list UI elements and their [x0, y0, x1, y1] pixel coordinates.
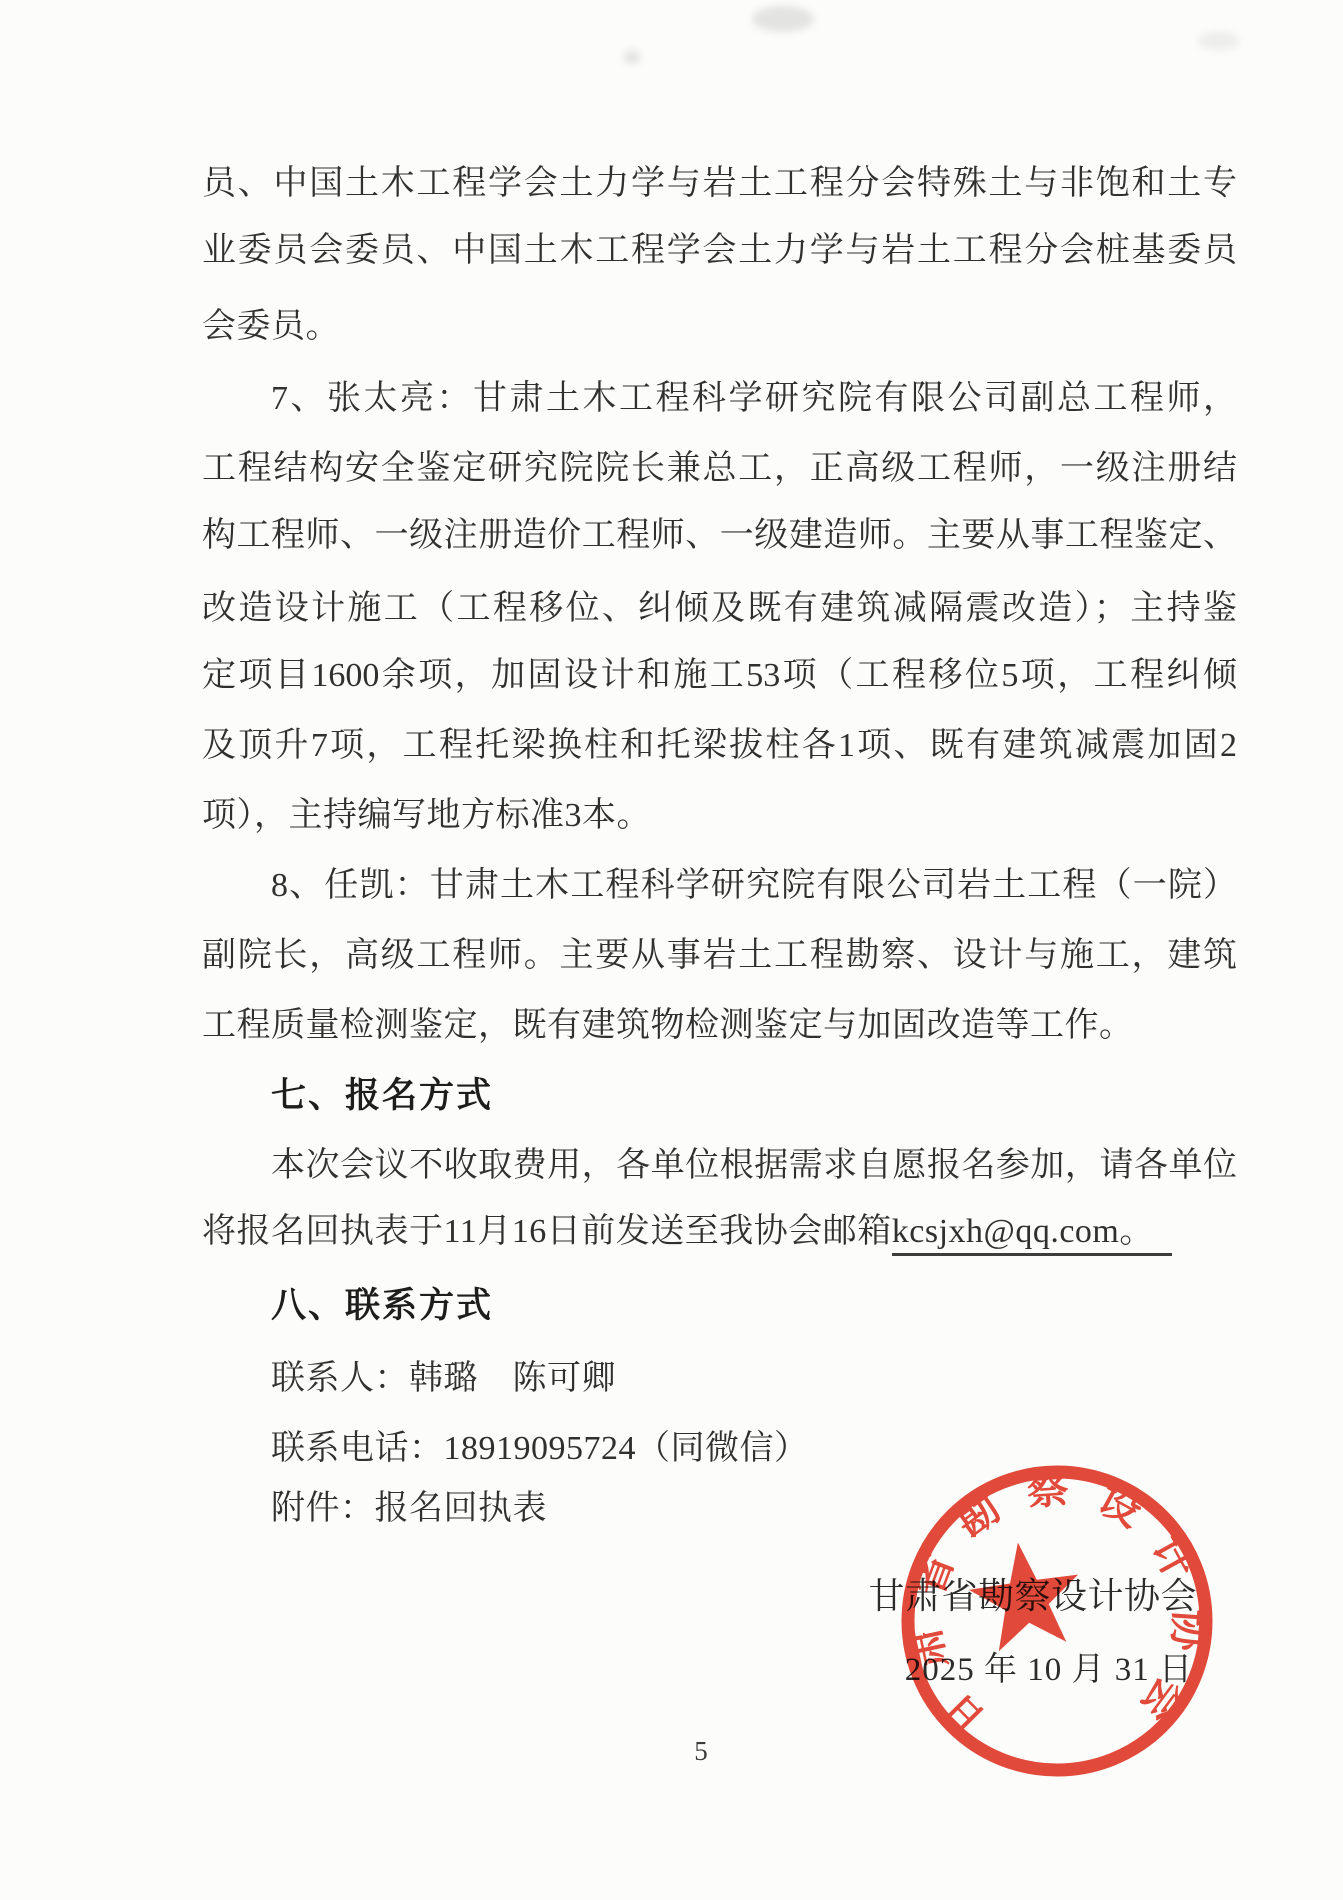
body-line: 项），主持编写地方标准3本。: [202, 796, 1237, 836]
page-number: 5: [686, 1736, 716, 1767]
signup-email-prefix: 将报名回执表于11月16日前发送至我协会邮箱: [202, 1213, 892, 1250]
body-line: 会委员。: [202, 307, 1237, 347]
signature-date: 2025 年 10 月 31 日: [905, 1643, 1193, 1690]
scan-smudge: [752, 6, 814, 32]
official-seal: 甘肃省勘察设计协会: [898, 1462, 1216, 1780]
body-line: 业委员会委员、中国土木工程学会土力学与岩土工程分会桩基委员: [202, 231, 1237, 271]
contact-phone-line: 联系电话：18919095724（同微信）: [271, 1429, 809, 1469]
body-line: 改造设计施工（工程移位、纠倾及既有建筑减隔震改造）；主持鉴: [202, 589, 1237, 629]
scan-smudge: [1198, 32, 1240, 50]
association-email: kcsjxh@qq.com。: [892, 1213, 1172, 1256]
contact-person-line: 联系人：韩璐 陈可卿: [271, 1359, 616, 1399]
seal-ring: [908, 1472, 1206, 1770]
document-page: 员、中国土木工程学会土力学与岩土工程分会特殊土与非饱和土专 业委员会委员、中国土…: [0, 0, 1343, 1900]
body-line: 工程质量检测鉴定，既有建筑物检测鉴定与加固改造等工作。: [202, 1006, 1237, 1046]
body-line: 定项目1600余项，加固设计和施工53项（工程移位5项，工程纠倾: [202, 656, 1237, 696]
body-line: 7、张太亮：甘肃土木工程科学研究院有限公司副总工程师，: [202, 379, 1237, 419]
body-line: 本次会议不收取费用，各单位根据需求自愿报名参加，请各单位: [202, 1146, 1237, 1186]
section-heading-signup: 七、报名方式: [271, 1076, 493, 1116]
body-line: 副院长，高级工程师。主要从事岩土工程勘察、设计与施工，建筑: [202, 936, 1237, 976]
signature-organization: 甘肃省勘察设计协会: [868, 1568, 1197, 1619]
body-line: 及顶升7项，工程托梁换柱和托梁拔柱各1项、既有建筑减震加固2: [202, 726, 1237, 766]
section-heading-contact: 八、联系方式: [271, 1286, 493, 1326]
body-line: 8、任凯：甘肃土木工程科学研究院有限公司岩土工程（一院）: [202, 866, 1237, 906]
attachment-line: 附件：报名回执表: [271, 1489, 547, 1529]
scan-smudge: [624, 50, 640, 64]
body-line: 员、中国土木工程学会土力学与岩土工程分会特殊土与非饱和土专: [202, 164, 1237, 204]
body-line: 构工程师、一级注册造价工程师、一级建造师。主要从事工程鉴定、: [202, 516, 1237, 556]
signup-email-line: 将报名回执表于11月16日前发送至我协会邮箱kcsjxh@qq.com。: [202, 1212, 1237, 1252]
body-line: 工程结构安全鉴定研究院院长兼总工，正高级工程师，一级注册结: [202, 449, 1237, 489]
